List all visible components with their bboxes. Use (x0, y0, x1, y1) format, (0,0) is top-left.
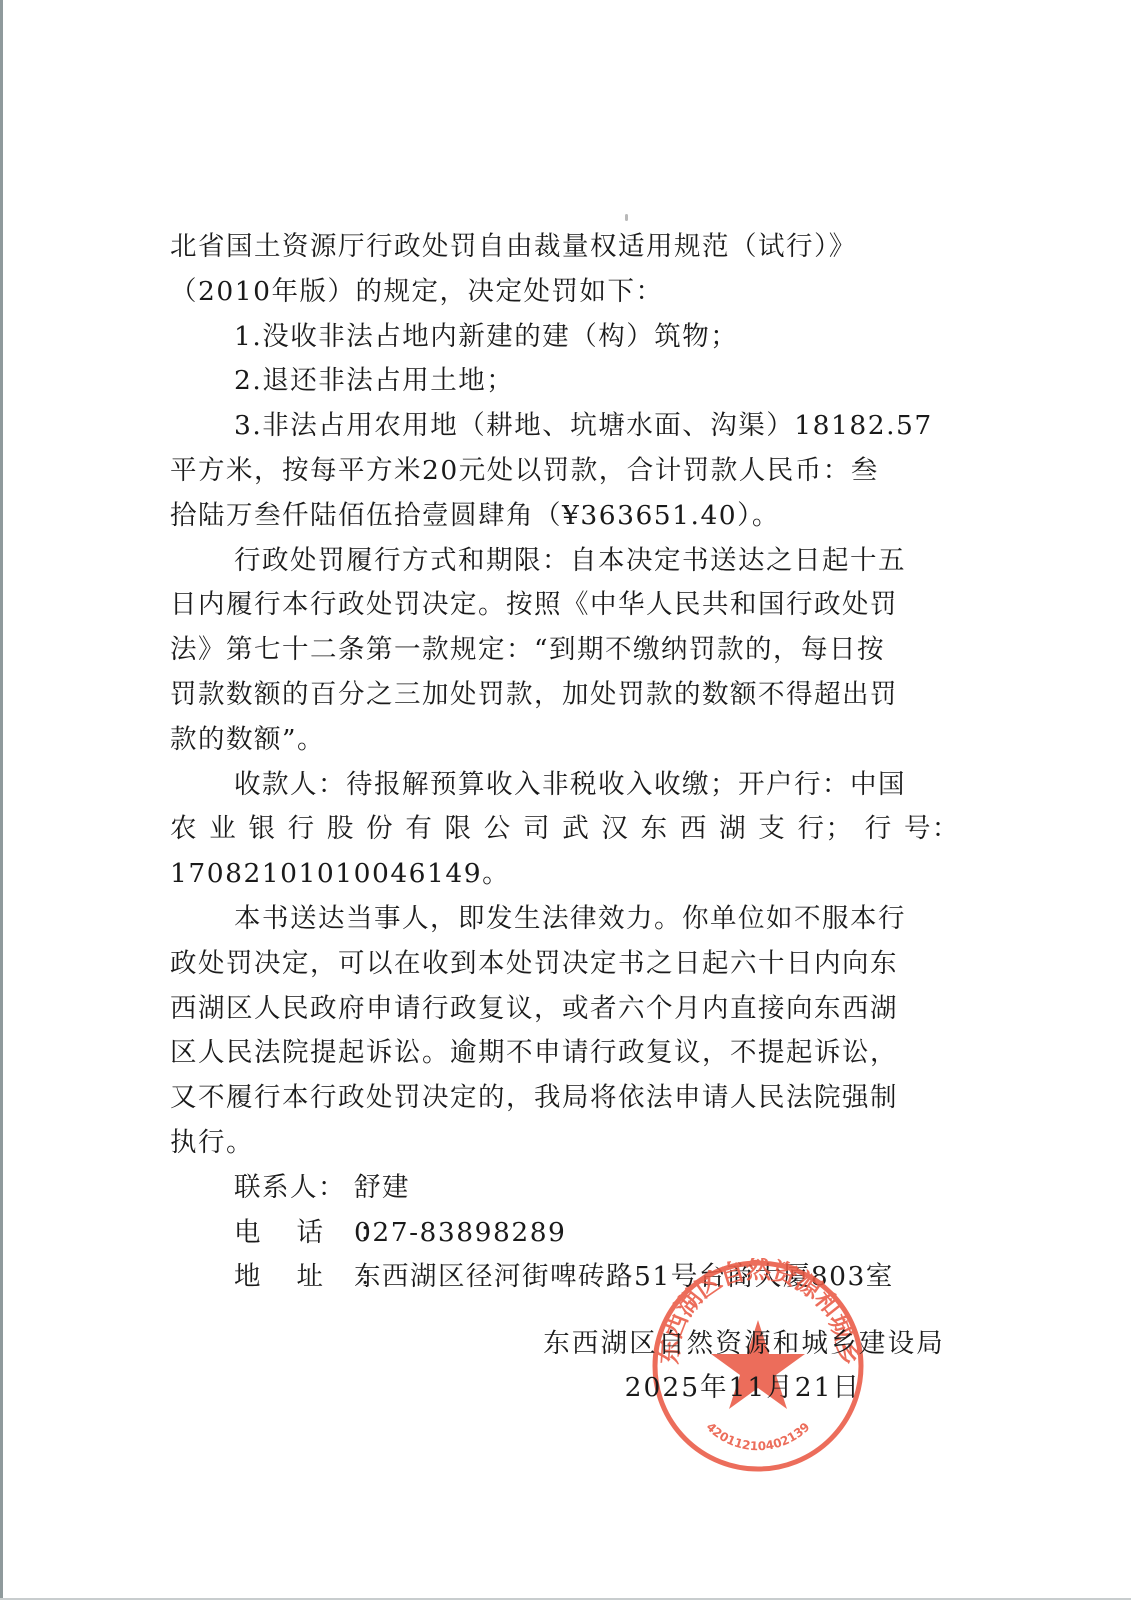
bank-char: 份 (366, 807, 394, 852)
svg-text:42011210402139: 42011210402139 (704, 1420, 813, 1454)
paragraph-line: 本书送达当事人，即发生法律效力。你单位如不服本行 (170, 897, 960, 942)
paragraph-line: 行政处罚履行方式和期限：自本决定书送达之日起十五 (170, 539, 960, 584)
bank-char: 行 (865, 807, 893, 852)
issuing-organization: 东西湖区自然资源和城乡建设局 (530, 1322, 945, 1366)
paragraph-line: 政处罚决定，可以在收到本处罚决定书之日起六十日内向东 (170, 942, 960, 987)
contact-person: 联系人：舒建 (170, 1166, 960, 1211)
paragraph-line: 执行。 (170, 1121, 960, 1166)
contact-address-label: 地址： (234, 1255, 354, 1300)
issue-date: 2025年11月21日 (530, 1366, 945, 1410)
bank-char: 行； (798, 807, 854, 852)
seal-code: 42011210402139 (704, 1420, 813, 1454)
bank-char: 司 (523, 807, 551, 852)
bank-char: 湖 (719, 807, 747, 852)
bank-char: 行 (288, 807, 316, 852)
contact-person-label: 联系人： (234, 1166, 354, 1211)
bank-char: 股 (327, 807, 355, 852)
bank-char: 号： (904, 807, 960, 852)
paragraph-line: 款的数额”。 (170, 718, 960, 763)
bank-char: 业 (209, 807, 237, 852)
bank-char: 汉 (601, 807, 629, 852)
bank-char: 公 (484, 807, 512, 852)
contact-phone-label: 电话： (234, 1211, 354, 1256)
bank-char: 有 (405, 807, 433, 852)
paragraph-line: 又不履行本行政处罚决定的，我局将依法申请人民法院强制 (170, 1076, 960, 1121)
paragraph-line: 平方米，按每平方米20元处以罚款，合计罚款人民币：叁 (170, 449, 960, 494)
payee-line: 收款人：待报解预算收入非税收入收缴；开户行：中国 (170, 763, 960, 808)
page-edge (0, 0, 3, 1600)
penalty-item-3: 3.非法占用农用地（耕地、坑塘水面、沟渠）18182.57 (170, 404, 960, 449)
paragraph-line: 区人民法院提起诉讼。逾期不申请行政复议，不提起诉讼， (170, 1031, 960, 1076)
paragraph-line: 法》第七十二条第一款规定：“到期不缴纳罚款的，每日按 (170, 628, 960, 673)
paragraph-line: 日内履行本行政处罚决定。按照《中华人民共和国行政处罚 (170, 583, 960, 628)
contact-phone-value: 027-83898289 (354, 1217, 566, 1248)
bank-char: 农 (170, 807, 198, 852)
paragraph-line: 罚款数额的百分之三加处罚款，加处罚款的数额不得超出罚 (170, 673, 960, 718)
bank-char: 限 (445, 807, 473, 852)
contact-phone: 电话：027-83898289 (170, 1211, 960, 1256)
paragraph-line: 西湖区人民政府申请行政复议，或者六个月内直接向东西湖 (170, 987, 960, 1032)
bank-char: 东 (641, 807, 669, 852)
document-body: 北省国土资源厅行政处罚自由裁量权适用规范（试行）》 （2010年版）的规定，决定… (170, 225, 960, 1300)
paragraph-line: 北省国土资源厅行政处罚自由裁量权适用规范（试行）》 (170, 225, 960, 270)
fine-amount: 拾陆万叁仟陆佰伍拾壹圆肆角（¥363651.40）。 (170, 494, 960, 539)
penalty-item-1: 1.没收非法占地内新建的建（构）筑物； (170, 315, 960, 360)
bank-char: 支 (758, 807, 786, 852)
bank-char: 西 (680, 807, 708, 852)
scan-speck (625, 214, 628, 221)
bank-char: 武 (562, 807, 590, 852)
contact-person-value: 舒建 (354, 1172, 410, 1203)
bank-char: 银 (248, 807, 276, 852)
bank-line: 农 业 银 行 股 份 有 限 公 司 武 汉 东 西 湖 支 行； 行 号： (170, 807, 960, 852)
bank-number: 17082101010046149。 (170, 852, 960, 897)
signature-block: 东西湖区自然资源和城乡建设局 2025年11月21日 (530, 1322, 945, 1410)
paragraph-line: （2010年版）的规定，决定处罚如下： (170, 270, 960, 315)
penalty-item-2: 2.退还非法占用土地； (170, 359, 960, 404)
